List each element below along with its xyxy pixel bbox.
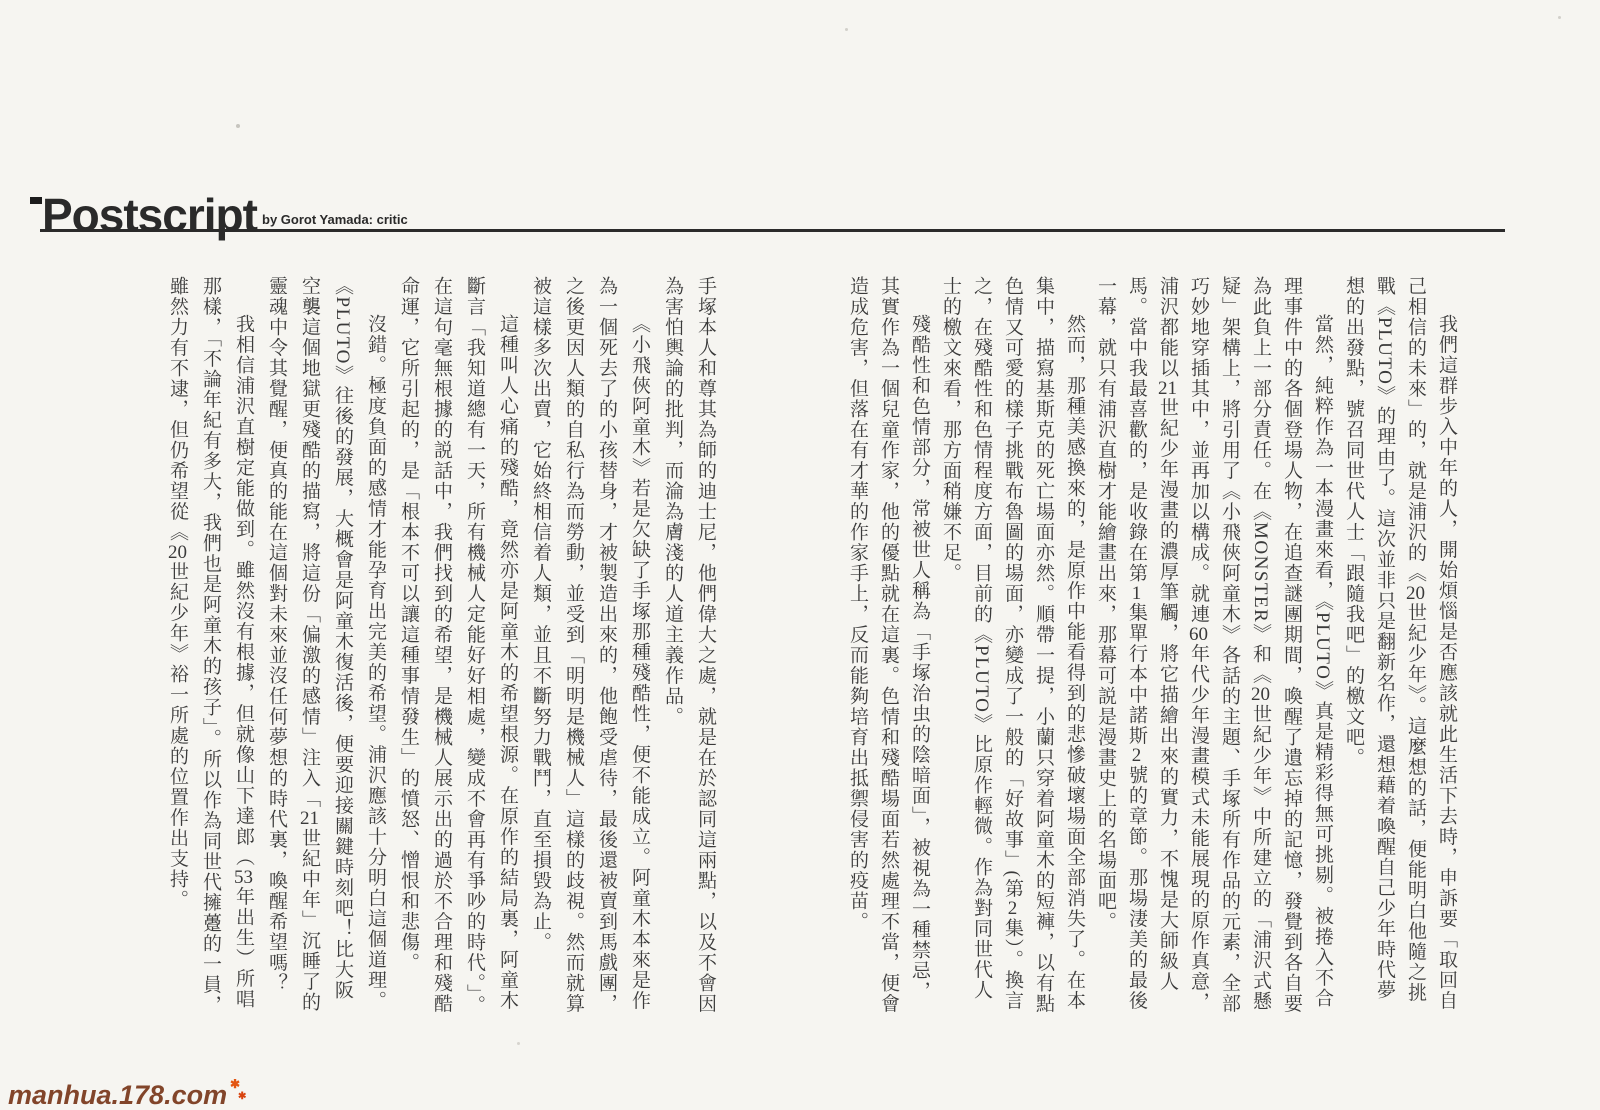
left-page-text-block: 手塚本人和尊其為師的迪士尼，他們偉大之處，就是在於認同這兩點，以及不會因為害怕輿… bbox=[60, 276, 722, 1018]
paragraph: 當然，純粹作為一本漫畫來看，《PLUTO》真是精彩得無可挑剔。被捲入不合理事件中… bbox=[1090, 276, 1338, 1018]
scan-speck bbox=[236, 124, 240, 128]
scan-speck bbox=[1558, 16, 1561, 19]
scan-speck bbox=[517, 1042, 520, 1045]
scanned-postscript-page: { "header": { "title": "Postscript", "by… bbox=[0, 0, 1600, 1110]
paragraph: 沒錯。極度負面的感情才能孕育出完美的希望。浦沢應該十分明白這個道理。《PLUTO… bbox=[260, 276, 392, 1018]
right-page-text-block: 我們這群步入中年的人，開始煩惱是否應該就此生活下去時，申訴要「取回自己相信的未來… bbox=[794, 276, 1462, 1018]
paragraph: 我們這群步入中年的人，開始煩惱是否應該就此生活下去時，申訴要「取回自己相信的未來… bbox=[1338, 276, 1462, 1018]
watermark: manhua.178.com ✱ ✱ bbox=[8, 1080, 227, 1110]
star-icon: ✱ bbox=[230, 1078, 240, 1090]
scan-speck bbox=[845, 28, 848, 31]
paragraph: 殘酷性和色情部分，常被世人稱為「手塚治虫的陰暗面」，被視為一種禁忌，其實作為一個… bbox=[842, 276, 935, 1018]
header-rule bbox=[40, 229, 1505, 232]
paragraph: 然而，那種美感換來的，是原作中能看得到的悲慘破壞場面全部消失了。在本集中，描寫基… bbox=[935, 276, 1090, 1018]
watermark-text: manhua.178.com bbox=[8, 1080, 227, 1110]
page-background: Postscript by Gorot Yamada: critic 我們這群步… bbox=[0, 0, 1600, 1110]
paragraph: 《小飛俠阿童木》若是欠缺了手塚那種殘酷性，便不能成立。阿童木本來是作為一個死去了… bbox=[524, 276, 656, 1018]
paragraph: 這種叫人心痛的殘酷，竟然亦是阿童木的希望根源。在原作的結局裏，阿童木斷言「我知道… bbox=[392, 276, 524, 1018]
author-byline: by Gorot Yamada: critic bbox=[262, 212, 408, 227]
paragraph: 我相信浦沢直樹定能做到。雖然沒有根據，但就像山下達郎（53年出生）所唱那樣，「不… bbox=[161, 276, 260, 1018]
paragraph-continuation: 手塚本人和尊其為師的迪士尼，他們偉大之處，就是在於認同這兩點，以及不會因為害怕輿… bbox=[656, 276, 722, 1018]
page-title: Postscript bbox=[42, 188, 257, 242]
star-icon: ✱ bbox=[238, 1092, 246, 1102]
scan-edge-mark bbox=[30, 197, 42, 204]
